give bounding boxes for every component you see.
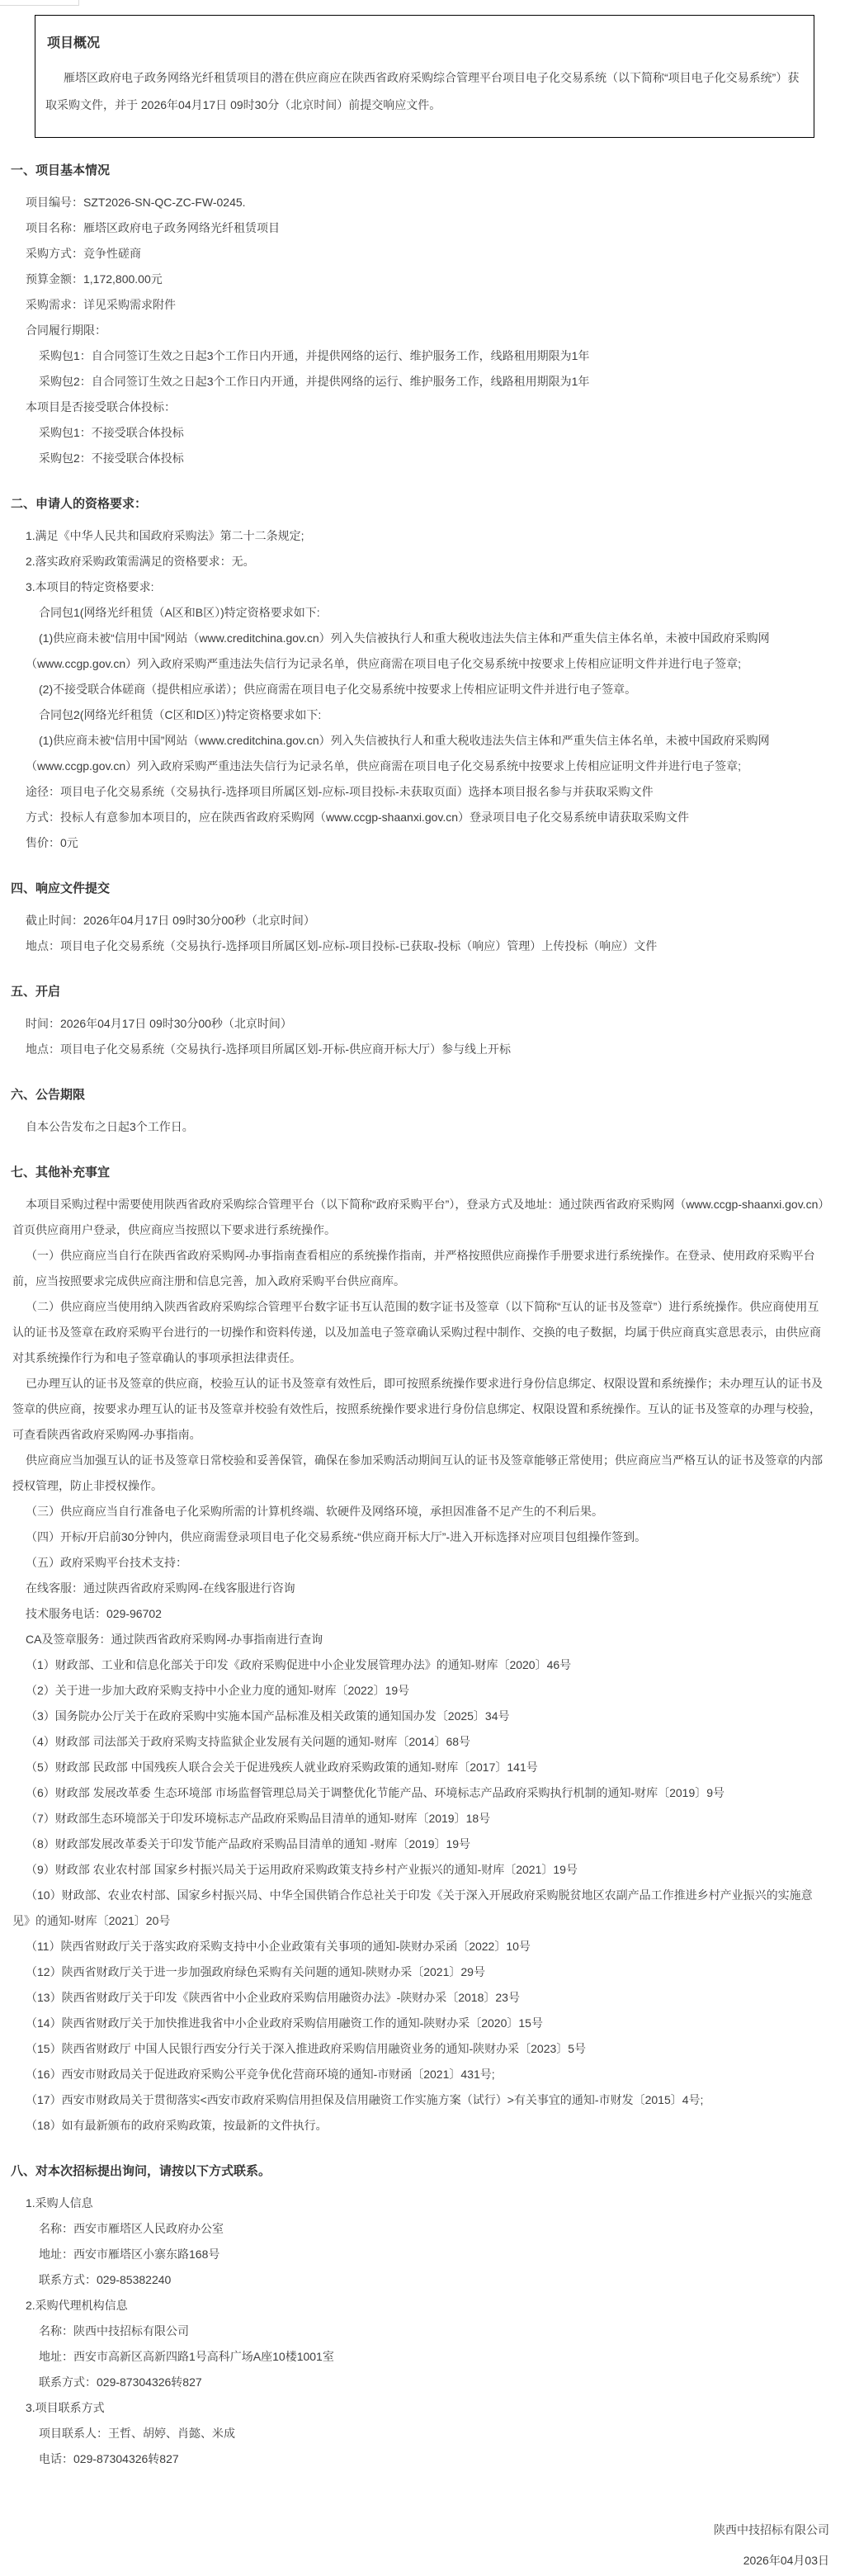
agency-signature: 陕西中技招标有限公司 [0, 2515, 829, 2545]
section-line: 自本公告发布之日起3个工作日。 [26, 1114, 859, 1140]
section-line: 在线客服：通过陕西省政府采购网-在线客服进行咨询 [26, 1576, 859, 1601]
section-line: （8）财政部发展改革委关于印发节能产品政府采购品目清单的通知 -财库〔2019〕… [12, 1832, 829, 1857]
section-line: 时间：2026年04月17日 09时30分00秒（北京时间） [26, 1011, 859, 1037]
section-line: （3）国务院办公厅关于在政府采购中实施本国产品标准及相关政策的通知国办发〔202… [12, 1704, 829, 1729]
section-heading: 七、其他补充事宜 [11, 1160, 859, 1185]
section-line: （17）西安市财政局关于贯彻落实<西安市政府采购信用担保及信用融资工作实施方案（… [12, 2087, 829, 2113]
project-overview-box: 项目概况 雁塔区政府电子政务网络光纤租赁项目的潜在供应商应在陕西省政府采购综合管… [35, 15, 814, 138]
section-line: （2）关于进一步加大政府采购支持中小企业力度的通知-财库〔2022〕19号 [12, 1678, 829, 1704]
section-line: 本项目是否接受联合体投标： [26, 395, 859, 420]
section-line: （4）财政部 司法部关于政府采购支持监狱企业发展有关问题的通知-财库〔2014〕… [12, 1729, 829, 1755]
section-line: （13）陕西省财政厅关于印发《陕西省中小企业政府采购信用融资办法》-陕财办采〔2… [12, 1985, 829, 2011]
section-line: （7）财政部生态环境部关于印发环境标志产品政府采购品目清单的通知-财库〔2019… [12, 1806, 829, 1832]
section-heading: 六、公告期限 [11, 1082, 859, 1108]
section-line: 电话：029-87304326转827 [39, 2446, 859, 2472]
section-line: （10）财政部、农业农村部、国家乡村振兴局、中华全国供销合作总社关于印发《关于深… [12, 1883, 829, 1934]
section-line: 1.采购人信息 [26, 2191, 859, 2216]
section-line: 采购方式：竞争性磋商 [26, 241, 859, 267]
section-line: 项目名称：雁塔区政府电子政务网络光纤租赁项目 [26, 215, 859, 241]
section-line: (2)不接受联合体磋商（提供相应承诺）；供应商需在项目电子化交易系统中按要求上传… [39, 677, 859, 702]
announcement-date: 2026年04月03日 [0, 2545, 829, 2576]
overview-title: 项目概况 [47, 32, 804, 51]
section-line: 采购包2：不接受联合体投标 [39, 446, 859, 471]
overview-body: 雁塔区政府电子政务网络光纤租赁项目的潜在供应商应在陕西省政府采购综合管理平台项目… [45, 64, 804, 119]
section-line: 供应商应当加强互认的证书及签章日常校验和妥善保管，确保在参加采购活动期间互认的证… [12, 1448, 829, 1499]
section-line: 1.满足《中华人民共和国政府采购法》第二十二条规定; [26, 523, 859, 549]
section-line: 2.采购代理机构信息 [26, 2293, 859, 2318]
section-line: 3.项目联系方式 [26, 2395, 859, 2421]
section-line: （5）财政部 民政部 中国残疾人联合会关于促进残疾人就业政府采购政策的通知-财库… [12, 1755, 829, 1780]
section-line: （11）陕西省财政厅关于落实政府采购支持中小企业政策有关事项的通知-陕财办采函〔… [12, 1934, 829, 1959]
section-line: 名称：陕西中技招标有限公司 [39, 2318, 859, 2344]
section-line: （一）供应商应当自行在陕西省政府采购网-办事指南查看相应的系统操作指南，并严格按… [12, 1243, 829, 1294]
section-heading: 四、响应文件提交 [11, 876, 859, 901]
section-heading: 一、项目基本情况 [11, 158, 859, 183]
signature-block: 陕西中技招标有限公司 2026年04月03日 [0, 2515, 859, 2576]
section-heading: 八、对本次招标提出询问，请按以下方式联系。 [11, 2158, 859, 2184]
section-line: 名称：西安市雁塔区人民政府办公室 [39, 2216, 859, 2242]
section-line: 地点：项目电子化交易系统（交易执行-选择项目所属区划-开标-供应商开标大厅）参与… [26, 1037, 859, 1062]
section-line: 联系方式：029-85382240 [39, 2267, 859, 2293]
section-line: 项目联系人：王哲、胡婷、肖懿、米成 [39, 2421, 859, 2446]
section-line: （五）政府采购平台技术支持： [12, 1550, 829, 1576]
section-line: （9）财政部 农业农村部 国家乡村振兴局关于运用政府采购政策支持乡村产业振兴的通… [12, 1857, 829, 1883]
section-line: （四）开标/开启前30分钟内，供应商需登录项目电子化交易系统-“供应商开标大厅”… [12, 1524, 829, 1550]
section-line: （1）财政部、工业和信息化部关于印发《政府采购促进中小企业发展管理办法》的通知-… [12, 1652, 829, 1678]
section-line: （14）陕西省财政厅关于加快推进我省中小企业政府采购信用融资工作的通知-陕财办采… [12, 2011, 829, 2036]
section-line: 地点：项目电子化交易系统（交易执行-选择项目所属区划-应标-项目投标-已获取-投… [26, 934, 859, 959]
section-line: 合同履行期限： [26, 318, 859, 343]
section-line: (1)供应商未被“信用中国”网站（www.creditchina.gov.cn）… [26, 728, 829, 779]
section-line: 项目编号：SZT2026-SN-QC-ZC-FW-0245. [26, 190, 859, 215]
sections-container: 一、项目基本情况项目编号：SZT2026-SN-QC-ZC-FW-0245.项目… [0, 158, 859, 2472]
section-line: 方式：投标人有意参加本项目的，应在陕西省政府采购网（www.ccgp-shaan… [26, 805, 859, 830]
section-line: 地址：西安市高新区高新四路1号高科广场A座10楼1001室 [39, 2344, 859, 2370]
section-line: 本项目采购过程中需要使用陕西省政府采购综合管理平台（以下简称“政府采购平台”），… [12, 1192, 829, 1243]
section-line: 预算金额：1,172,800.00元 [26, 267, 859, 292]
section-line: 合同包2(网络光纤租赁（C区和D区）)特定资格要求如下: [39, 702, 859, 728]
section-line: 2.落实政府采购政策需满足的资格要求：无。 [26, 549, 859, 574]
section-line: 采购包1：不接受联合体投标 [39, 420, 859, 446]
section-line: （6）财政部 发展改革委 生态环境部 市场监督管理总局关于调整优化节能产品、环境… [12, 1780, 829, 1806]
section-line: 合同包1(网络光纤租赁（A区和B区）)特定资格要求如下: [39, 600, 859, 626]
section-line: CA及签章服务：通过陕西省政府采购网-办事指南进行查询 [26, 1627, 859, 1652]
section-line: （12）陕西省财政厅关于进一步加强政府绿色采购有关问题的通知-陕财办采〔2021… [12, 1959, 829, 1985]
section-line: 采购包2：自合同签订生效之日起3个工作日内开通，并提供网络的运行、维护服务工作，… [39, 369, 859, 395]
section-line: （三）供应商应当自行准备电子化采购所需的计算机终端、软硬件及网络环境，承担因准备… [12, 1499, 829, 1524]
section-line: （16）西安市财政局关于促进政府采购公平竞争优化营商环境的通知-市财函〔2021… [12, 2062, 829, 2087]
section-line: （15）陕西省财政厅 中国人民银行西安分行关于深入推进政府采购信用融资业务的通知… [12, 2036, 829, 2062]
section-line: 地址：西安市雁塔区小寨东路168号 [39, 2242, 859, 2267]
section-line: 3.本项目的特定资格要求: [26, 574, 859, 600]
clipped-element-fragment [0, 0, 79, 6]
section-line: 已办理互认的证书及签章的供应商，校验互认的证书及签章有效性后，即可按照系统操作要… [12, 1371, 829, 1448]
section-line: 联系方式：029-87304326转827 [39, 2370, 859, 2395]
section-heading: 二、申请人的资格要求： [11, 491, 859, 517]
section-line: 采购包1：自合同签订生效之日起3个工作日内开通，并提供网络的运行、维护服务工作，… [39, 343, 859, 369]
section-line: 采购需求：详见采购需求附件 [26, 292, 859, 318]
procurement-announcement-page: 项目概况 雁塔区政府电子政务网络光纤租赁项目的潜在供应商应在陕西省政府采购综合管… [0, 0, 859, 2576]
section-line: （二）供应商应当使用纳入陕西省政府采购综合管理平台数字证书互认范围的数字证书及签… [12, 1294, 829, 1371]
section-line: (1)供应商未被“信用中国”网站（www.creditchina.gov.cn）… [26, 626, 829, 677]
section-line: 截止时间：2026年04月17日 09时30分00秒（北京时间） [26, 908, 859, 934]
section-line: 途径：项目电子化交易系统（交易执行-选择项目所属区划-应标-项目投标-未获取页面… [26, 779, 859, 805]
section-line: （18）如有最新颁布的政府采购政策，按最新的文件执行。 [12, 2113, 829, 2139]
section-line: 技术服务电话：029-96702 [26, 1601, 859, 1627]
section-heading: 五、开启 [11, 979, 859, 1004]
section-line: 售价：0元 [26, 830, 859, 856]
